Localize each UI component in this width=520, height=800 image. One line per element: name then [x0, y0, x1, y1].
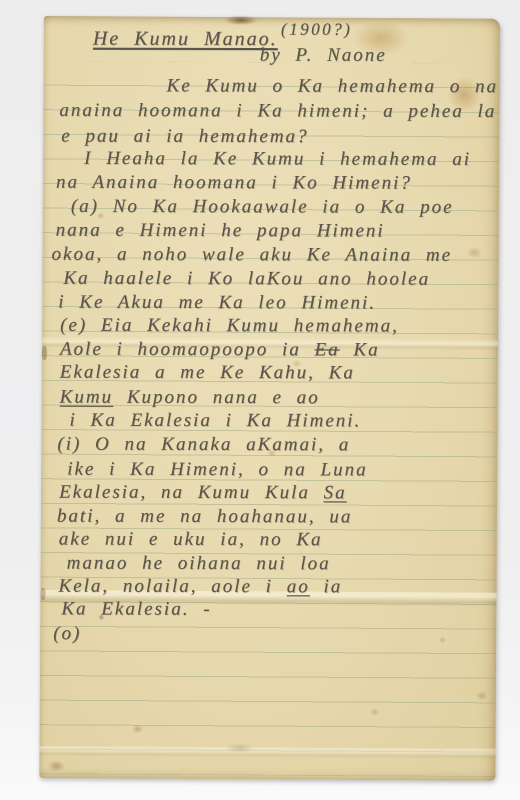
date-annotation: (1900?): [281, 19, 352, 40]
manuscript-line: Ekalesia a me Ke Kahu, Ka: [60, 362, 355, 384]
manuscript-line: Kela, nolaila, aole i ao ia: [58, 576, 342, 598]
manuscript-segment: manao he oihana nui loa: [67, 553, 331, 575]
manuscript-line: Ka Ekalesia. -: [61, 598, 211, 619]
manuscript-line: nana e Himeni he papa Himeni: [56, 220, 385, 242]
manuscript-line: (a) No Ka Hookaawale ia o Ka poe: [71, 196, 454, 218]
manuscript-line: Kumu Kupono nana e ao: [60, 387, 320, 409]
manuscript-segment: okoa, a noho wale aku Ke Anaina me: [52, 244, 453, 266]
manuscript-line: I Heaha la Ke Kumu i hemahema ai: [84, 148, 471, 170]
paper-stain: [42, 346, 47, 360]
manuscript-line: (i) O na Kanaka aKamai, a: [57, 434, 350, 456]
scanned-document-view: He Kumu Manao. (1900?) by P. Naone Ke Ku…: [0, 0, 520, 800]
manuscript-line: manao he oihana nui loa: [67, 553, 331, 575]
manuscript-segment: Ekalesia a me Ke Kahu, Ka: [60, 362, 355, 384]
manuscript-segment: Kela, nolaila, aole i: [58, 576, 286, 598]
manuscript-body: Ke Kumu o Ka hemahema o naanaina hoomana…: [44, 16, 500, 19]
manuscript-line: ike i Ka Himeni, o na Luna: [67, 459, 367, 481]
manuscript-line: Ka haalele i Ko laKou ano hoolea: [63, 268, 430, 290]
paper-stain: [47, 760, 65, 772]
manuscript-segment: (i) O na Kanaka aKamai, a: [57, 434, 350, 456]
paper-stain: [438, 636, 446, 643]
manuscript-segment: Kupono nana e ao: [113, 387, 320, 409]
paper-stain: [224, 15, 258, 25]
manuscript-line: ake nui e uku ia, no Ka: [59, 529, 323, 551]
manuscript-segment-strike: Ea: [315, 339, 340, 360]
manuscript-segment: (e) Eia Kekahi Kumu hemahema,: [60, 315, 399, 337]
manuscript-segment: (o): [53, 623, 81, 644]
manuscript-line: okoa, a noho wale aku Ke Anaina me: [52, 244, 453, 266]
manuscript-segment-underline: ao: [287, 576, 310, 597]
manuscript-segment-underline: Sa: [324, 482, 347, 503]
manuscript-segment: anaina hoomana i Ka himeni; a pehea la: [59, 100, 496, 122]
manuscript-segment: Aole i hoomaopoopo ia: [60, 339, 315, 361]
manuscript-line: (o): [53, 623, 81, 644]
manuscript-segment: Ka Ekalesia. -: [61, 598, 211, 619]
manuscript-segment: Ke Kumu o Ka hemahema o na: [167, 75, 499, 97]
manuscript-segment: i Ka Ekalesia i Ka Himeni.: [70, 410, 362, 432]
manuscript-page: He Kumu Manao. (1900?) by P. Naone Ke Ku…: [39, 16, 500, 781]
manuscript-line: bati, a me na hoahanau, ua: [57, 506, 353, 528]
manuscript-line: i Ka Ekalesia i Ka Himeni.: [70, 410, 362, 432]
manuscript-title: He Kumu Manao.: [93, 29, 278, 50]
paper-stain: [370, 708, 380, 716]
paper-stain: [40, 588, 45, 600]
paper-stain: [476, 691, 488, 701]
manuscript-segment: e pau ai ia hemahema?: [61, 126, 308, 148]
manuscript-segment: Ka haalele i Ko laKou ano hoolea: [63, 268, 430, 290]
manuscript-segment: Ekalesia, na Kumu Kula: [59, 482, 324, 504]
manuscript-line: i Ke Akua me Ka leo Himeni.: [58, 292, 376, 314]
manuscript-segment: ike i Ka Himeni, o na Luna: [67, 459, 367, 481]
manuscript-line: Ke Kumu o Ka hemahema o na: [167, 75, 499, 97]
paper-stain: [225, 743, 255, 753]
manuscript-line: anaina hoomana i Ka himeni; a pehea la: [59, 100, 496, 122]
manuscript-segment: ake nui e uku ia, no Ka: [59, 529, 323, 551]
manuscript-line: Ekalesia, na Kumu Kula Sa: [59, 482, 347, 504]
manuscript-segment: I Heaha la Ke Kumu i hemahema ai: [84, 148, 471, 170]
manuscript-segment-underline: Kumu: [60, 387, 113, 408]
manuscript-segment: na Anaina hoomana i Ko Himeni?: [56, 172, 412, 194]
manuscript-segment: bati, a me na hoahanau, ua: [57, 506, 353, 528]
manuscript-line: Aole i hoomaopoopo ia Ea Ka: [60, 339, 380, 361]
manuscript-segment: nana e Himeni he papa Himeni: [56, 220, 385, 242]
author-byline: by P. Naone: [260, 45, 387, 66]
paper-stain: [467, 247, 483, 259]
paper-crease: [39, 746, 495, 759]
manuscript-line: na Anaina hoomana i Ko Himeni?: [56, 172, 412, 194]
manuscript-segment: i Ke Akua me Ka leo Himeni.: [58, 292, 376, 314]
manuscript-line: e pau ai ia hemahema?: [61, 126, 308, 148]
manuscript-line: (e) Eia Kekahi Kumu hemahema,: [60, 315, 399, 337]
manuscript-segment: (a) No Ka Hookaawale ia o Ka poe: [71, 196, 454, 218]
paper-stain: [132, 725, 144, 734]
manuscript-segment: Ka: [340, 339, 380, 360]
manuscript-segment: ia: [310, 576, 343, 597]
